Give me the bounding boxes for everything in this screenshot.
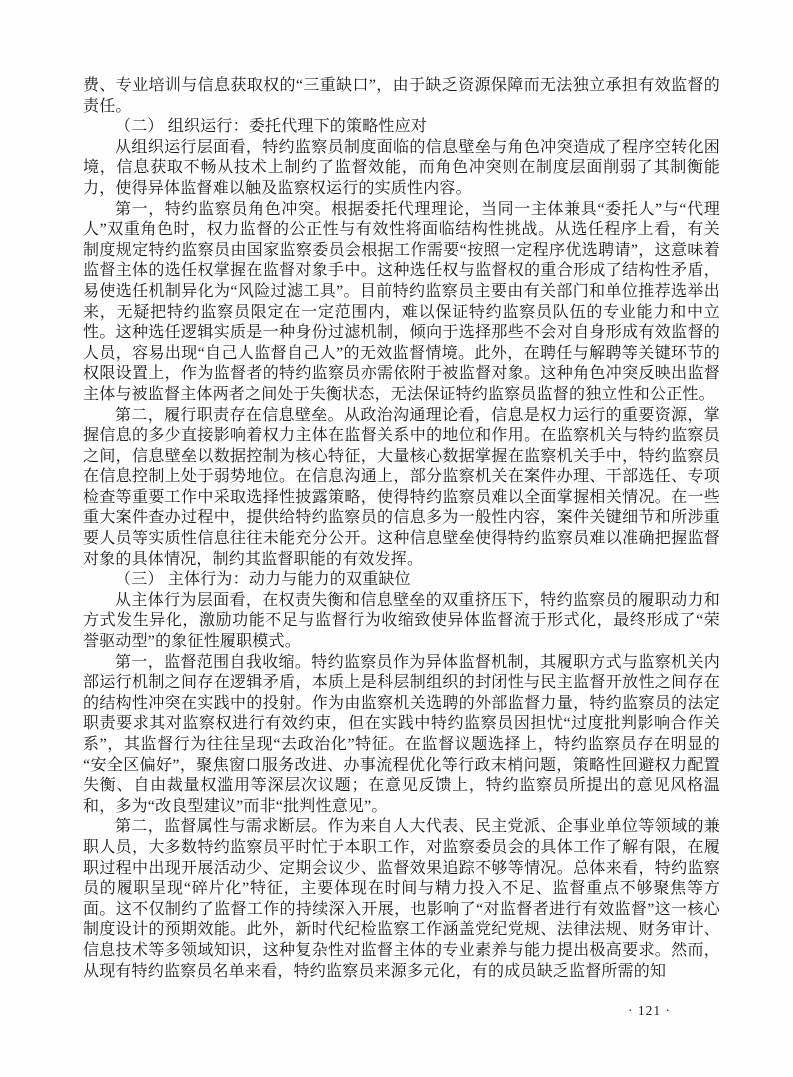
paragraph: 费、专业培训与信息获取权的“三重缺口”，由于缺乏资源保障而无法独立承担有效监督的…	[83, 76, 720, 117]
paragraph: 从组织运行层面看，特约监察员制度面临的信息壁垒与角色冲突造成了程序空转化困境，信…	[83, 138, 720, 200]
paragraph: 第一，特约监察员角色冲突。根据委托代理理论，当同一主体兼具“委托人”与“代理人”…	[83, 200, 720, 406]
paragraph: 第一，监督范围自我收缩。特约监察员作为异体监督机制，其履职方式与监察机关内部运行…	[83, 653, 720, 818]
paragraph: 从主体行为层面看，在权责失衡和信息壁垒的双重挤压下，特约监察员的履职动力和方式发…	[83, 591, 720, 653]
page-footer: · 121 ·	[628, 1003, 728, 1019]
page-number: · 121 ·	[628, 1003, 671, 1018]
paragraph: 第二，履行职责存在信息壁垒。从政治沟通理论看，信息是权力运行的重要资源，掌握信息…	[83, 406, 720, 571]
paragraph: 第二，监督属性与需求断层。作为来自人大代表、民主党派、企事业单位等领域的兼职人员…	[83, 817, 720, 982]
section-heading: （二） 组织运行：委托代理下的策略性应对	[83, 117, 720, 138]
section-heading: （三） 主体行为：动力与能力的双重缺位	[83, 570, 720, 591]
document-page: 费、专业培训与信息获取权的“三重缺口”，由于缺乏资源保障而无法独立承担有效监督的…	[0, 0, 793, 1077]
text-body: 费、专业培训与信息获取权的“三重缺口”，由于缺乏资源保障而无法独立承担有效监督的…	[83, 76, 720, 982]
